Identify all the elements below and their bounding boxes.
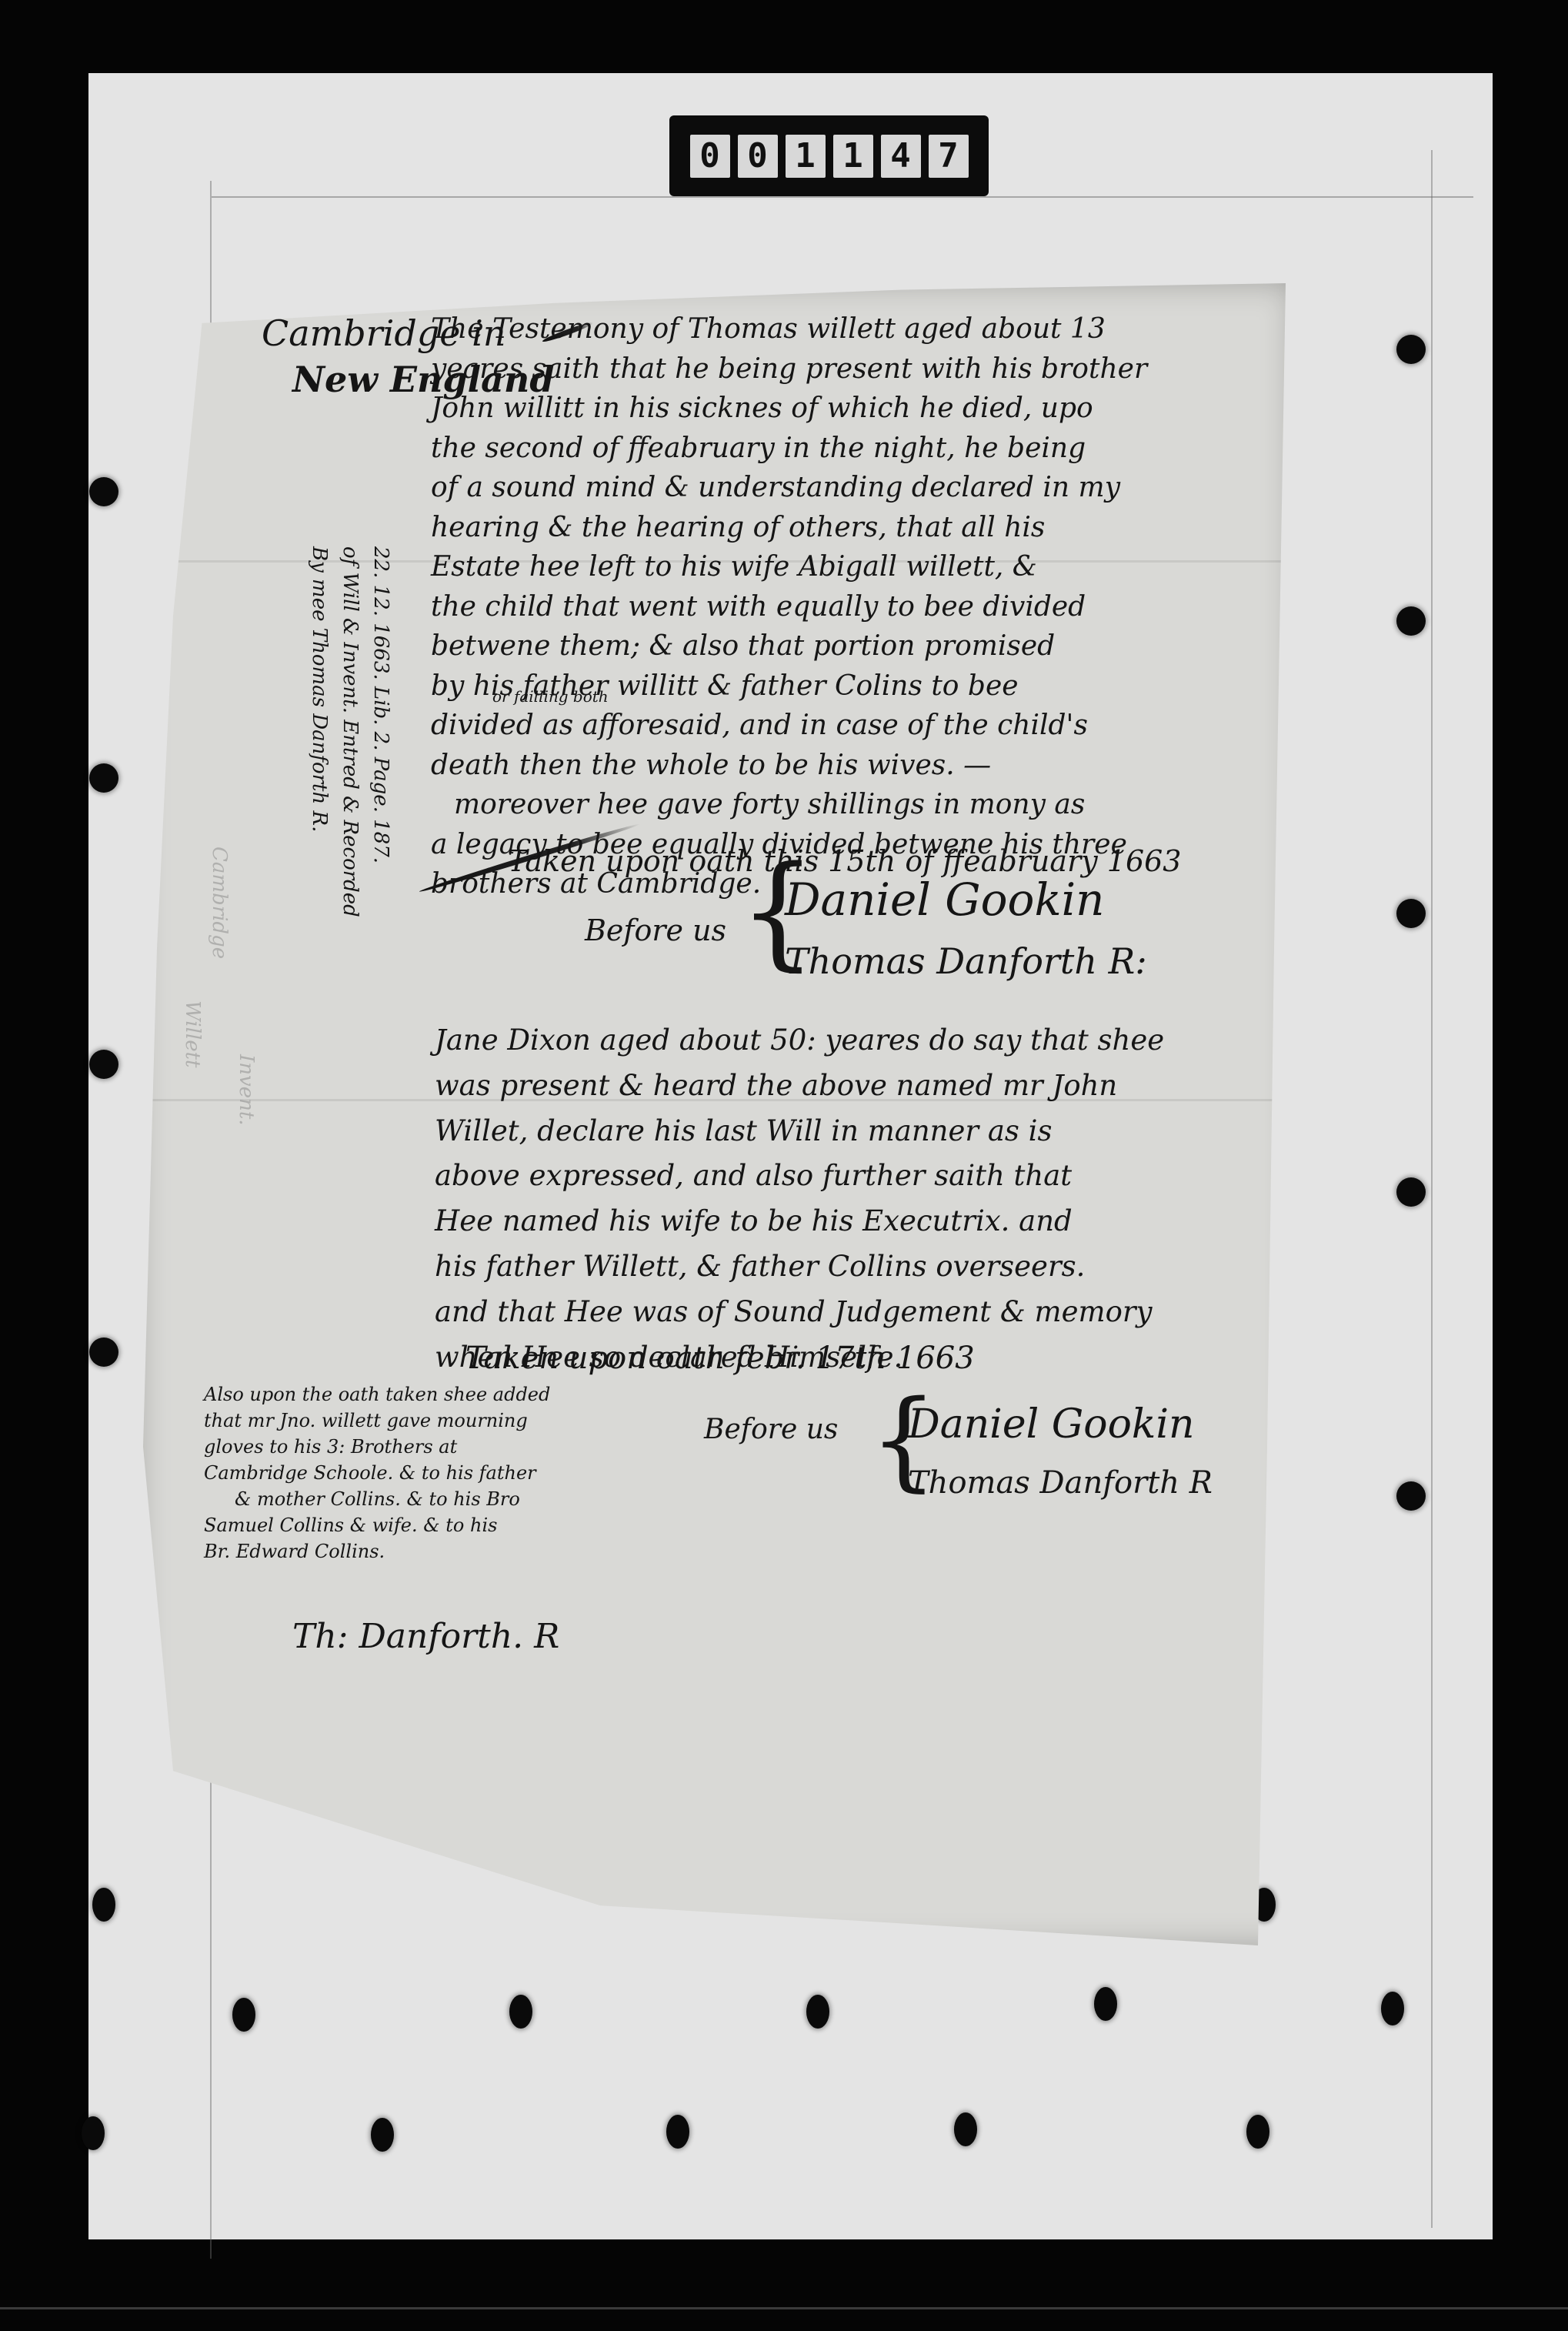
testimony-thomas-willett: The Testemony of Thomas willett aged abo…: [431, 316, 1147, 910]
text-line: John willitt in his sicknes of which he …: [431, 395, 1147, 435]
registration-dot-icon: [1381, 1992, 1404, 2025]
addendum-note: Also upon the oath taken shee added that…: [204, 1385, 550, 1568]
mount-guide-line-top: [212, 196, 1473, 198]
text-line: & mother Collins. & to his Bro: [204, 1490, 550, 1516]
text-line: Willet, declare his last Will in manner …: [435, 1117, 1164, 1162]
text-line: above expressed, and also further saith …: [435, 1161, 1164, 1207]
registration-dot-icon: [89, 1050, 118, 1079]
text-line: yeares saith that he being present with …: [431, 356, 1147, 396]
signature-block-2: Daniel Gookin Thomas Danforth R: [908, 1404, 1213, 1498]
frame-number-label: 0 0 1 1 4 7: [669, 115, 989, 196]
faded-marginalia: Willett: [181, 1000, 204, 1068]
registration-dot-icon: [954, 2112, 977, 2146]
registration-dot-icon: [232, 1998, 255, 2032]
registration-dot-icon: [89, 1337, 118, 1367]
text-line: Cambridge Schoole. & to his father: [204, 1464, 550, 1490]
text-line: Jane Dixon aged about 50: yeares do say …: [435, 1026, 1164, 1071]
testimony-jane-dixon: Jane Dixon aged about 50: yeares do say …: [435, 1026, 1164, 1388]
film-edge-line: [0, 2307, 1568, 2309]
frame-digit: 0: [690, 135, 730, 178]
text-line: the second of ffeabruary in the night, h…: [431, 435, 1147, 475]
signature-block-1: Daniel Gookin Thomas Danforth R:: [785, 877, 1147, 979]
faded-marginalia: Cambridge: [208, 847, 231, 959]
margin-note-line: By mee Thomas Danforth R.: [304, 546, 335, 917]
frame-digit: 1: [786, 135, 826, 178]
oath-statement-1: Taken upon oath this 15th of ffeabruary …: [508, 847, 1181, 876]
margin-note-line: of Will & Invent. Entred & Recorded: [335, 546, 365, 917]
faded-marginalia: Invent.: [235, 1054, 258, 1126]
text-line: Also upon the oath taken shee added: [204, 1385, 550, 1411]
registration-dot-icon: [1396, 335, 1426, 364]
registration-dot-icon: [1396, 899, 1426, 928]
text-line: Br. Edward Collins.: [204, 1542, 550, 1568]
text-line: of a sound mind & understanding declared…: [431, 474, 1147, 514]
registration-dot-icon: [806, 1995, 829, 2029]
frame-digit: 1: [833, 135, 873, 178]
text-line: was present & heard the above named mr J…: [435, 1071, 1164, 1117]
registration-dot-icon: [82, 2116, 105, 2150]
registration-dot-icon: [1094, 1987, 1117, 2021]
text-line: Hee named his wife to be his Executrix. …: [435, 1207, 1164, 1252]
registration-dot-icon: [1396, 1481, 1426, 1511]
text-line: moreover hee gave forty shillings in mon…: [431, 791, 1147, 831]
registration-dot-icon: [1396, 606, 1426, 636]
registration-dot-icon: [92, 1888, 115, 1922]
text-line: Estate hee left to his wife Abigall will…: [431, 553, 1147, 593]
registration-dot-icon: [89, 477, 118, 506]
text-line: The Testemony of Thomas willett aged abo…: [431, 316, 1147, 356]
registration-dot-icon: [371, 2118, 394, 2152]
text-line: the child that went with equally to bee …: [431, 593, 1147, 633]
frame-digit: 4: [881, 135, 921, 178]
text-line: divided as afforesaid, and in case of th…: [431, 712, 1147, 752]
text-line: death then the whole to be his wives. —: [431, 752, 1147, 792]
text-line: hearing & the hearing of others, that al…: [431, 514, 1147, 554]
text-line: and that Hee was of Sound Judgement & me…: [435, 1297, 1164, 1343]
text-line: gloves to his 3: Brothers at: [204, 1438, 550, 1464]
text-line: betwene them; & also that portion promis…: [431, 633, 1147, 673]
oath-statement-2: Taken upon oath febr. 17th 1663: [465, 1343, 975, 1374]
before-us-label-1: Before us: [585, 916, 726, 945]
signature-th-danforth: Th: Danforth. R: [292, 1620, 559, 1654]
margin-record-note: 22. 12. 1663. Lib. 2. Page. 187. of Will…: [304, 546, 396, 917]
registration-dot-icon: [89, 763, 118, 793]
interlinear-insertion: or failling both: [492, 689, 609, 704]
text-line: that mr Jno. willett gave mourning: [204, 1411, 550, 1438]
signature-thomas-danforth: Thomas Danforth R: [908, 1468, 1213, 1498]
margin-note-line: 22. 12. 1663. Lib. 2. Page. 187.: [365, 546, 396, 917]
before-us-label-2: Before us: [704, 1416, 838, 1444]
mount-guide-line-right: [1431, 150, 1433, 2228]
frame-digit: 0: [738, 135, 778, 178]
frame-digit: 7: [929, 135, 969, 178]
text-line: his father Willett, & father Collins ove…: [435, 1252, 1164, 1297]
registration-dot-icon: [666, 2115, 689, 2149]
registration-dot-icon: [509, 1995, 532, 2029]
registration-dot-icon: [1396, 1177, 1426, 1207]
signature-daniel-gookin: Daniel Gookin: [785, 877, 1147, 922]
signature-thomas-danforth: Thomas Danforth R:: [785, 943, 1147, 979]
signature-daniel-gookin: Daniel Gookin: [908, 1404, 1213, 1444]
registration-dot-icon: [1246, 2115, 1269, 2149]
text-line: Samuel Collins & wife. & to his: [204, 1516, 550, 1542]
